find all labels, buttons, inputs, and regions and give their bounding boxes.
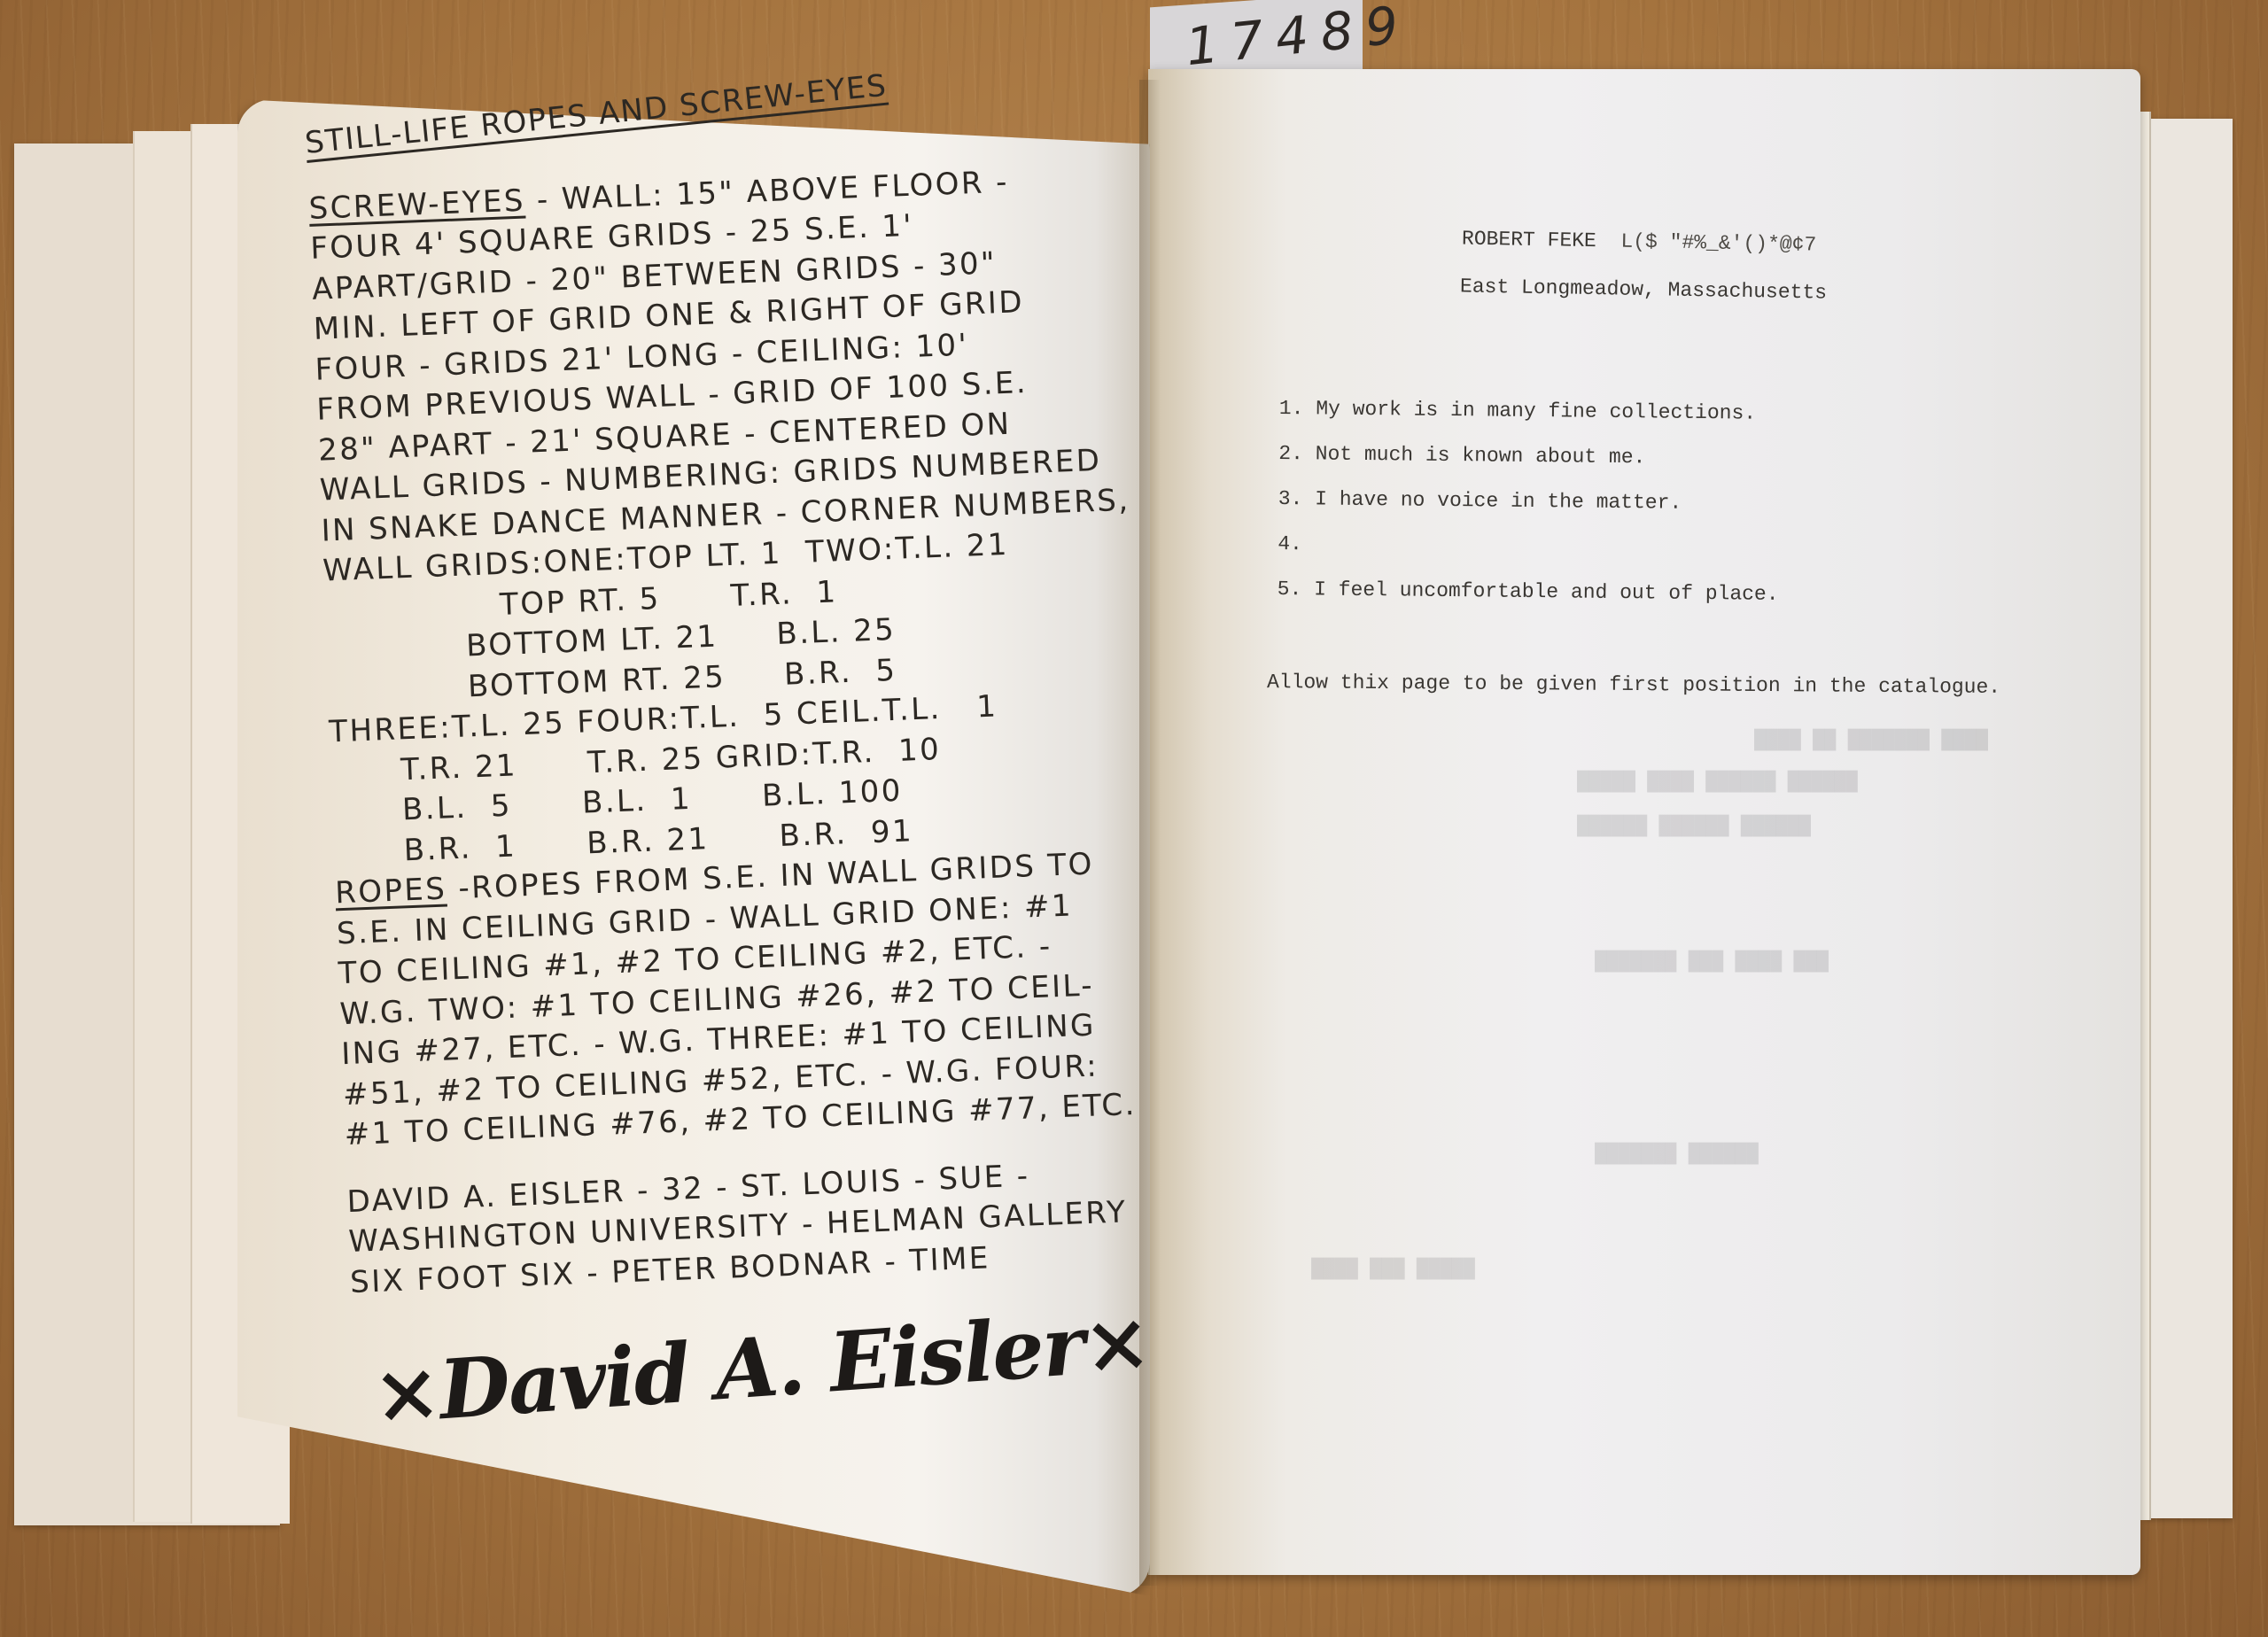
screw-eyes-label: SCREW-EYES [308, 182, 526, 226]
artist-name: ROBERT FEKE [1462, 228, 1596, 253]
corner-numbers-table: WALL GRIDS:ONE:TOP LT. 1 TWO:T.L. 21 TOP… [322, 520, 1149, 873]
statement-list: 1. My work is in many fine collections.2… [1277, 397, 1781, 628]
garbled-characters: L($ "#%_&'()*@¢7 [1620, 230, 1816, 257]
left-page-text: STILL-LIFE ROPES AND SCREW-EYES SCREW-EY… [306, 93, 1165, 1303]
show-through-text: ██████ ███████ [1595, 1143, 1759, 1165]
statement-item: 1. My work is in many fine collections. [1278, 397, 1780, 447]
show-through-text: ████ ███████ ██ ████ [1754, 729, 1988, 751]
show-through-text: ███ ████ ███ ███████ [1595, 950, 1829, 973]
statement-item: 3. I have no voice in the matter. [1278, 487, 1779, 538]
body-lines: FOUR 4' SQUARE GRIDS - 25 S.E. 1'APART/G… [310, 198, 1137, 552]
ropes-label: ROPES [335, 872, 447, 912]
ropes-lines: S.E. IN CEILING GRID - WALL GRID ONE: #1… [336, 883, 1160, 1156]
show-through-text: ██████ ██████ ████ █████ [1577, 771, 1858, 793]
statement-item: 5. I feel uncomfortable and out of place… [1277, 578, 1778, 628]
statement-item: 4. [1278, 532, 1779, 583]
back-cover-sheet-right [2144, 119, 2233, 1518]
show-through-text: █████ ███ ████ [1311, 1258, 1475, 1280]
statement-item: 2. Not much is known about me. [1278, 442, 1780, 493]
show-through-text: ██████ ██████ ██████ [1577, 815, 1811, 837]
